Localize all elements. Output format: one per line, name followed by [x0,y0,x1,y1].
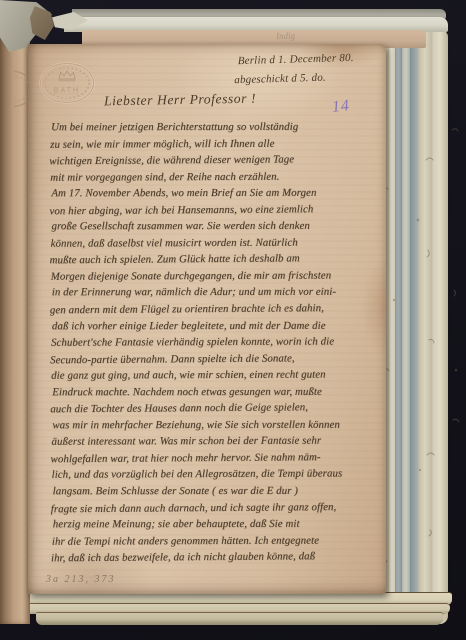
handwriting-line: langsam. Beim Schlusse der Sonate ( es w… [53,483,385,500]
handwriting-line: Secundo-partie übernahm. Dann spielte ic… [50,349,382,368]
handwriting-line: Um bei meiner jetzigen Berichterstattung… [51,119,383,136]
handwriting-line: in der Erinnerung war, nämlich die Adur;… [52,284,384,301]
handwriting-line: Morgen diejenige Sonate durchgegangen, d… [51,267,383,285]
letter-page: BATH Berlin d 1. December 80. abgeschick… [28,44,386,594]
book-gutter [0,22,30,624]
handwriting-line: mußte auch ich spielen. Zum Glück hatte … [50,250,382,269]
handwriting-line: daß ich vorher einige Lieder begleitete,… [52,317,384,334]
handwriting-line: wohlgefallen war, trat hier noch mehr he… [50,449,382,468]
handwriting-line: herzig meine Meinung; sie aber behauptet… [53,516,385,533]
seal-text: BATH [54,88,80,95]
handwriting-line: äußerst interessant war. Was mir schon b… [51,433,383,451]
archive-pencil-note: 3a 213, 373 [46,574,116,585]
dateline-sent: abgeschickt d 5. do. [234,67,386,90]
handwriting-line: was mir in mehrfacher Beziehung, wie Sie… [52,417,384,434]
handwriting-line: lich, und das vorzüglich bei den Allegro… [52,466,384,484]
handwriting-line: Schubert'sche Fantasie vierhändig spiele… [51,333,383,351]
handwriting-line: auch die Tochter des Hauses dann noch di… [50,399,382,418]
handwriting-line: fragte sie mich dann auch darnach, und i… [51,498,383,517]
crown-icon [59,71,75,81]
bottom-leaf-edge-3 [36,612,444,625]
salutation: Liebster Herr Professor ! [104,91,256,110]
handwriting-line: wichtigen Ereignisse, die während dieser… [49,151,381,170]
letter-body: Um bei meiner jetzigen Berichterstattung… [50,118,384,566]
archive-photo: Indig [0,0,466,640]
embossed-seal: BATH [38,60,96,106]
handwriting-line: große Gesellschaft zusammen war. Sie wer… [51,218,383,235]
dateline-block: Berlin d 1. December 80. abgeschickt d 5… [237,48,386,90]
handwriting-line: Am 17. November Abends, wo mein Brief an… [51,185,383,202]
handwriting-line: mit mir vorgegangen sind, der Reihe nach… [50,168,382,186]
handwriting-line: die ganz gut ging, und auch, wie mir sch… [51,366,383,384]
handwriting-line: ihr, daß ich das bezweifele, da ich nich… [51,548,383,567]
handwriting-line: von hier abging, war ich bei Hansemanns,… [49,200,381,219]
handwriting-line: Eindruck machte. Nachdem noch etwas gesu… [52,383,384,400]
page-number: 14 [331,97,351,117]
page-edge-6 [416,26,432,614]
handwriting-line: gen andern mit dem Flügel zu orientiren … [50,300,382,319]
faint-pencil-note: Indig [276,31,295,42]
